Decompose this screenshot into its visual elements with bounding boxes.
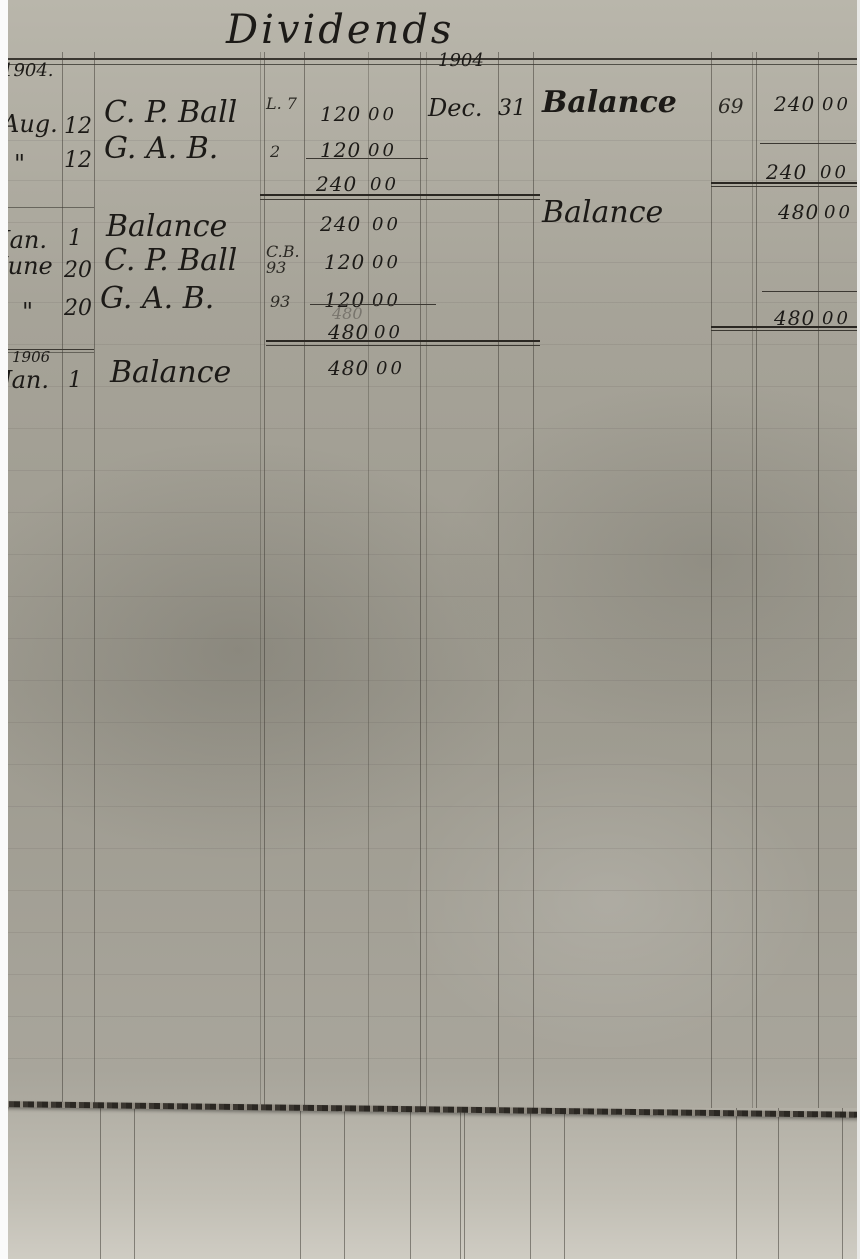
column-line (100, 1108, 101, 1259)
entry-month: Dec. (428, 96, 483, 120)
entry-cents: 00 (820, 164, 849, 182)
column-line (464, 1108, 465, 1259)
entry-amount: 120 (320, 104, 361, 124)
column-line (778, 1108, 779, 1259)
total-double-rule (711, 326, 857, 328)
entry-cents: 00 (372, 292, 401, 310)
entry-total: 480 (328, 322, 369, 342)
page-below-fold (8, 1108, 860, 1259)
total-double-rule (711, 186, 857, 187)
entry-name: C. P. Ball (104, 98, 237, 128)
ruled-line (8, 470, 860, 471)
ruled-line (8, 680, 860, 681)
column-line (818, 52, 819, 1259)
entry-day: 20 (64, 260, 92, 282)
column-line (533, 52, 534, 1259)
column-line (300, 1108, 301, 1259)
entry-name: Balance (106, 212, 227, 242)
entry-month: " (14, 152, 25, 176)
header-rule (8, 64, 860, 65)
subtotal-rule (310, 304, 436, 305)
entry-cents: 00 (370, 176, 399, 194)
column-line (420, 52, 421, 1259)
entry-amount: 480 (328, 358, 369, 378)
column-line (134, 1108, 135, 1259)
column-line (410, 1108, 411, 1259)
subtotal-rule (306, 158, 428, 159)
ruled-line (8, 890, 860, 891)
column-line (344, 1108, 345, 1259)
entry-cents: 00 (372, 216, 401, 234)
ruled-line (8, 848, 860, 849)
photo-border (0, 0, 8, 1259)
entry-amount: 480 (778, 202, 819, 222)
entry-name: G. A. B. (104, 134, 218, 164)
entry-amount: 120 (324, 252, 365, 272)
entry-name: G. A. B. (100, 284, 214, 314)
subtotal-rule (762, 291, 858, 292)
entry-total: 480 (774, 308, 815, 328)
column-line (498, 52, 499, 1259)
section-rule (8, 207, 94, 208)
column-line (426, 52, 427, 1259)
entry-cents: 00 (824, 204, 853, 222)
entry-day: 12 (64, 116, 92, 138)
entry-name: Balance (542, 88, 677, 118)
total-double-rule (260, 199, 540, 200)
entry-day: 12 (64, 150, 92, 172)
entry-folio: L. 7 (266, 96, 297, 112)
ruled-line (8, 638, 860, 639)
ruled-line (8, 554, 860, 555)
column-line (530, 1108, 531, 1259)
entry-name: C. P. Ball (104, 246, 237, 276)
entry-total: 240 (316, 174, 357, 194)
entry-amount: 240 (320, 214, 361, 234)
subtotal-rule (760, 143, 856, 144)
entry-folio: 69 (718, 96, 743, 116)
column-line (94, 52, 95, 1259)
column-line (264, 52, 265, 1259)
column-line (736, 1108, 737, 1259)
entry-folio: C.B. 93 (266, 244, 300, 276)
entry-folio: 2 (270, 144, 280, 160)
header-rule (8, 58, 860, 60)
entry-name: Balance (110, 358, 231, 388)
ruled-line (8, 1016, 860, 1017)
ruled-line (8, 806, 860, 807)
entry-day: 1 (68, 370, 82, 392)
entry-month: Jan. (8, 228, 47, 252)
ruled-line (8, 932, 860, 933)
entry-cents: 00 (368, 106, 397, 124)
entry-amount: 120 (320, 140, 361, 160)
debit-year: 1904. (8, 62, 54, 80)
total-double-rule (711, 330, 857, 331)
entry-day: 20 (64, 298, 92, 320)
column-line (62, 52, 63, 1259)
total-double-rule (260, 194, 540, 196)
ruled-line (8, 512, 860, 513)
total-double-rule (266, 340, 540, 342)
ruled-line (8, 428, 860, 429)
entry-name: Balance (542, 198, 663, 228)
entry-month: " (22, 300, 33, 324)
column-line (711, 52, 712, 1259)
ruled-line (8, 1058, 860, 1059)
ruled-line (8, 764, 860, 765)
column-line (752, 52, 753, 1259)
entry-month: Aug. (8, 112, 58, 136)
entry-year: 1906 (12, 350, 50, 365)
credit-year: 1904 (438, 52, 484, 70)
ledger-page: Dividends 1904. 1904 Aug. 12 C. P. Ball … (8, 0, 860, 1259)
ruled-line (8, 974, 860, 975)
column-line (460, 1108, 461, 1259)
column-line (368, 52, 369, 1259)
ruled-line (8, 180, 860, 181)
entry-folio: 93 (270, 294, 290, 310)
entry-amount: 240 (774, 94, 815, 114)
page-title: Dividends (226, 10, 454, 50)
column-line (842, 1108, 843, 1259)
column-line (304, 52, 305, 1259)
entry-month: June (8, 254, 53, 278)
entry-month: Jan. (8, 368, 49, 392)
column-line (260, 52, 261, 1259)
ruled-line (8, 722, 860, 723)
entry-total: 240 (766, 162, 807, 182)
entry-cents: 00 (376, 360, 405, 378)
ruled-line (8, 596, 860, 597)
entry-day: 31 (498, 98, 526, 120)
total-double-rule (711, 182, 857, 184)
entry-cents: 00 (822, 96, 851, 114)
entry-cents: 00 (372, 254, 401, 272)
entry-day: 1 (68, 228, 82, 250)
column-line (564, 1108, 565, 1259)
total-double-rule (266, 345, 540, 346)
column-line (756, 52, 757, 1259)
